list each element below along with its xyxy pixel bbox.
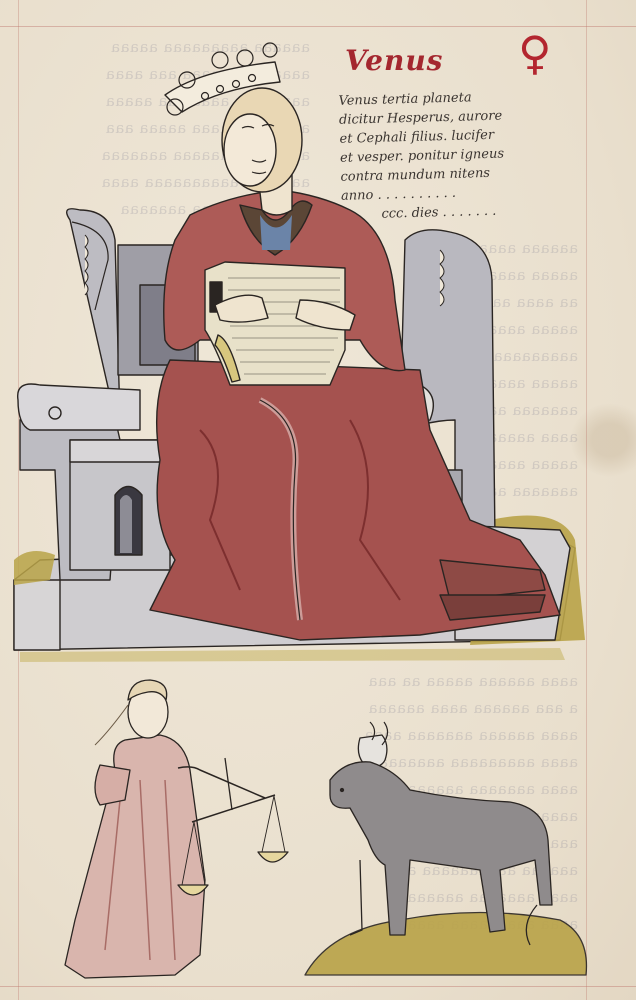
gloss-text: Venus tertia planeta dicitur Hesperus, a… <box>338 84 631 225</box>
libra-figure <box>65 680 288 978</box>
bull-figure <box>305 722 586 975</box>
rubric-heading: Venus <box>345 44 443 77</box>
manuscript-page: aaaaaa aaaaaaaaa aaaaa aaaaaa aaaaaaa aa… <box>0 0 636 1000</box>
venus-symbol-icon: ♀ <box>518 30 552 76</box>
